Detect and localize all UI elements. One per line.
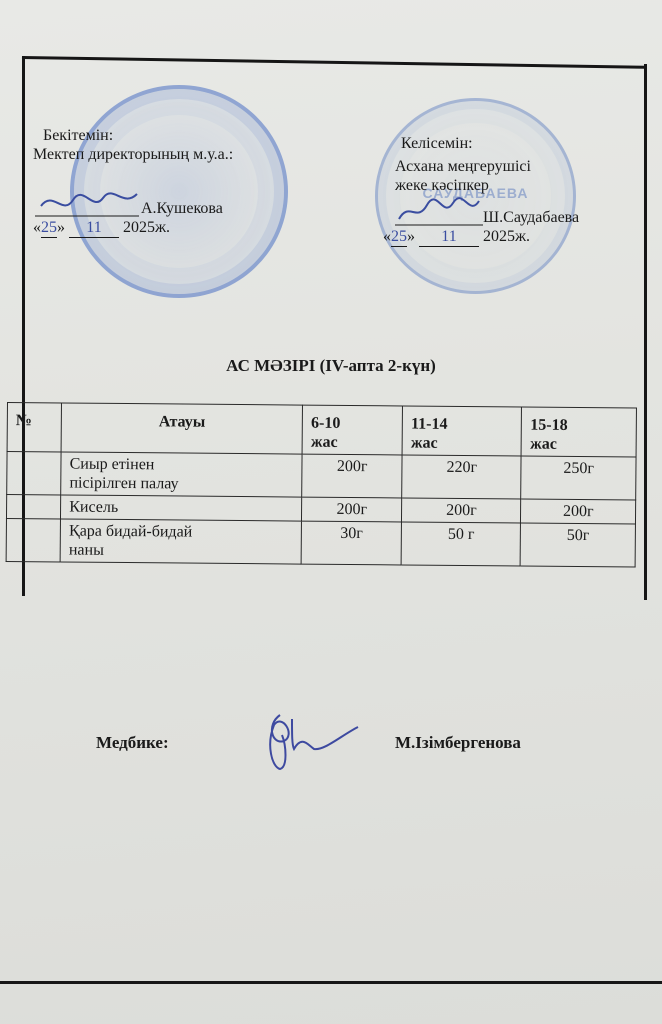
row-portion-15-18: 200г <box>521 499 636 524</box>
approve-date-month: 11 <box>69 218 119 238</box>
frame-border-right <box>644 64 647 600</box>
row-dish-name: Кисель <box>61 495 302 521</box>
header-age-6-10: 6-10жас <box>302 405 402 455</box>
agree-name: Ш.Саудабаева <box>483 209 579 226</box>
row-portion-6-10: 200г <box>302 497 402 522</box>
agree-date-month: 11 <box>419 227 479 247</box>
page-title: АС МӘЗІРІ (IV-апта 2-күн) <box>0 356 662 376</box>
date-quote-close: » <box>57 219 65 236</box>
header-no: № <box>7 403 62 452</box>
agree-date-day: 25 <box>391 227 407 247</box>
row-dish-name: Сиыр етіненпісірілген палау <box>61 452 302 497</box>
approve-name: А.Кушекова <box>141 200 223 217</box>
row-portion-6-10: 30г <box>301 521 401 565</box>
nurse-name: М.Ізімбергенова <box>395 733 521 753</box>
nurse-signature-icon <box>262 705 362 775</box>
row-portion-15-18: 50г <box>521 523 636 567</box>
row-portion-15-18: 250г <box>521 456 636 500</box>
row-portion-11-14: 220г <box>402 455 522 499</box>
agree-date-year: 2025ж. <box>483 228 530 245</box>
row-no <box>6 495 60 519</box>
approve-position: Мектеп директорының м.у.а.: <box>33 145 233 164</box>
row-portion-11-14: 200г <box>402 498 521 523</box>
approve-signature-line: А.Кушекова <box>33 186 233 218</box>
row-portion-11-14: 50 г <box>401 522 521 566</box>
header-name: Атауы <box>61 403 302 454</box>
date-quote-open: « <box>33 219 41 236</box>
agree-signature-line: Ш.Саудабаева <box>395 195 579 227</box>
date-quote-close: » <box>407 228 415 245</box>
frame-border-top <box>22 56 646 69</box>
row-no <box>6 518 61 561</box>
date-quote-open: « <box>383 228 391 245</box>
agree-position-2: жеке кәсіпкер <box>395 176 579 195</box>
signature-icon <box>33 186 141 218</box>
row-no <box>7 452 62 495</box>
signature-icon <box>395 195 483 227</box>
approval-block: Бекітемін: Мектеп директорының м.у.а.: А… <box>33 126 233 238</box>
table-row: Сиыр етіненпісірілген палау 200г 220г 25… <box>7 452 636 500</box>
nurse-label: Медбике: <box>96 733 169 753</box>
row-dish-name: Қара бидай-бидайнаны <box>60 519 301 564</box>
agree-date: «25» 11 2025ж. <box>383 227 579 247</box>
table-row: Қара бидай-бидайнаны 30г 50 г 50г <box>6 518 635 566</box>
approve-heading: Бекітемін: <box>33 126 233 145</box>
table-header-row: № Атауы 6-10жас 11-14жас 15-18жас <box>7 403 636 457</box>
agree-heading: Келісемін: <box>395 134 579 153</box>
agreement-block: Келісемін: Асхана меңгерушісі жеке кәсіп… <box>395 134 579 247</box>
approve-date-day: 25 <box>41 218 57 238</box>
menu-table: № Атауы 6-10жас 11-14жас 15-18жас Сиыр е… <box>6 402 637 567</box>
header-age-11-14: 11-14жас <box>402 406 522 456</box>
frame-border-bottom <box>0 981 662 984</box>
approve-date-year: 2025ж. <box>123 219 170 236</box>
agree-position-1: Асхана меңгерушісі <box>395 157 579 176</box>
approve-date: «25» 11 2025ж. <box>33 218 233 238</box>
row-portion-6-10: 200г <box>302 454 402 498</box>
header-age-15-18: 15-18жас <box>522 407 637 457</box>
